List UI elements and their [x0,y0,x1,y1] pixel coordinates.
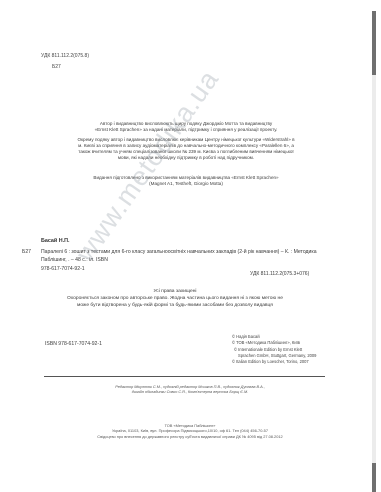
document-page: УДК 811.112.2(075.8) Б27 Автор і видавни… [0,0,370,492]
catalog-index-top: Б27 [52,64,61,70]
bibliographic-description: Паралелі 6 : зошит з тестами для 6-го кл… [41,248,341,274]
text-line: «Ernst Klett Sprachen» за надані матеріа… [20,127,352,133]
text-line: мови, які надали необхідну підтримку в р… [20,155,352,161]
isbn: ISBN 978-617-7074-92-1 [45,341,102,347]
acknowledgement-2: Окрему подяку автор і видавництво вислов… [20,137,352,161]
udk-code-right: УДК 811.112.2(075.3+076) [250,271,309,277]
divider-line [44,376,325,377]
scrollbar-thumb-next-page[interactable] [372,463,376,492]
publisher-info: ТОВ «Методика Паблішинг» Україна, 01103,… [30,423,350,439]
text-line: (Magnet A1, Testheft, Giorgio Motta) [20,181,352,187]
rights-notice: Усі права захищені Охороняється законом … [30,289,320,309]
copyright-list: © Надія Басай © ТОВ «Методика Паблішинг»… [232,334,316,365]
bibliography-text: Паралелі 6 : зошит з тестами для 6-го кл… [41,249,341,264]
text-line: Охороняється законом про авторське право… [30,296,320,303]
author-name: Басай Н.П. [41,238,70,244]
scrollbar-thumb[interactable] [372,11,376,75]
editorial-credits: Редактор Мікултюк С.М., художній редакто… [40,385,340,395]
catalog-index-bib: Б27 [22,249,31,255]
udk-code-top: УДК 811.112.2(075.8) [41,53,89,59]
text-line: дизайн обкладинки Совко С.Я., Комп'ютерн… [40,390,340,395]
acknowledgement-3: Видання підготовлено з використанням мат… [20,175,352,187]
vertical-scrollbar[interactable] [371,0,381,492]
rights-heading: Усі права захищені [30,289,320,296]
publisher-certificate: Свідоцтво про внесення до державного реє… [30,434,350,439]
scrollbar-track[interactable] [372,11,376,463]
acknowledgement-1: Автор і видавництво висловлюють щиру под… [20,121,352,133]
watermark: www.metodika.ua [70,64,225,267]
copyright-line: © Italian Edition by Loescher, Torino, 2… [232,359,316,365]
text-line: може бути відтворена у будь-якій формі т… [30,303,320,310]
